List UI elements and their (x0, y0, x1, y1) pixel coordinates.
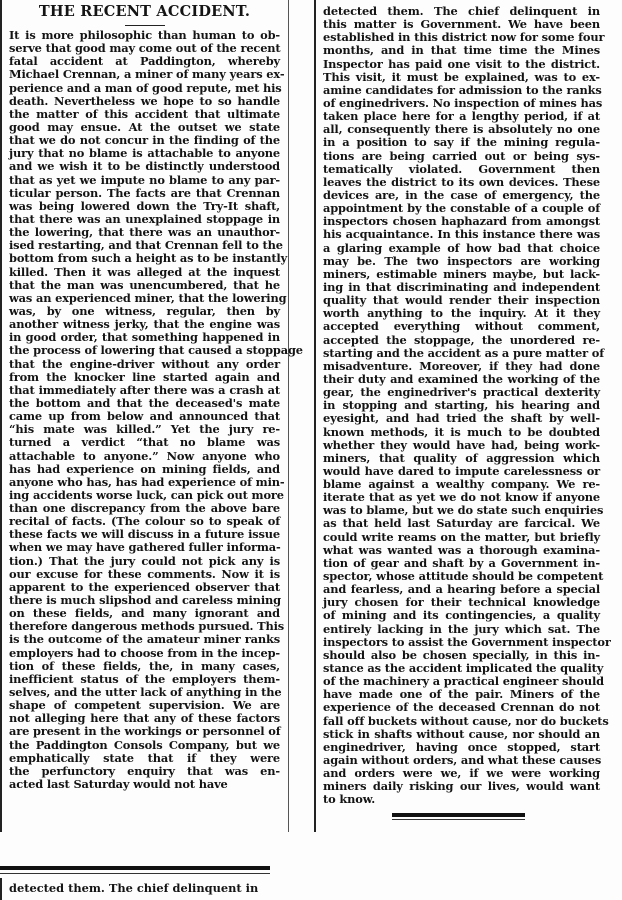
text-line: and we wish it to be distinctly understo… (9, 160, 280, 173)
text-line: are present in the workings or personnel… (9, 725, 280, 738)
text-line: acted last Saturday would not have (9, 778, 280, 791)
text-line: the matter of this accident that ultimat… (9, 108, 280, 121)
bottom-section-rule (0, 866, 270, 874)
text-line: Inspector has paid one visit to the dist… (323, 58, 600, 71)
text-line: a glaring example of how bad that choice (323, 242, 600, 255)
text-line: fall off buckets without cause, nor do b… (323, 715, 600, 728)
text-line: misadventure. Moreover, if they had done (323, 360, 600, 373)
text-line: tion.) That the jury could not pick any … (9, 555, 280, 568)
text-line: as that held last Saturday are farcical.… (323, 517, 600, 530)
article-column-left: THE RECENT ACCIDENT. It is more philosop… (0, 0, 289, 832)
text-line: leaves the district to its own devices. … (323, 176, 600, 189)
text-line: could write reams on the matter, but bri… (323, 531, 600, 544)
text-line: stick in shafts without cause, nor shoul… (323, 728, 600, 741)
text-line: that as yet we impute no blame to any pa… (9, 174, 280, 187)
text-line: inspectors to assist the Government insp… (323, 636, 600, 649)
text-line: attachable to anyone.” Now anyone who (9, 450, 280, 463)
text-line: our excuse for these comments. Now it is (9, 568, 280, 581)
text-line: tions are being carried out or being sys… (323, 150, 600, 163)
text-line: Michael Crennan, a miner of many years e… (9, 68, 280, 81)
text-line: what was wanted was a thorough examina- (323, 544, 600, 557)
text-line: whether they would have had, being work- (323, 439, 600, 452)
article-end-rule (392, 813, 525, 820)
text-line: that immediately after there was a crash… (9, 384, 280, 397)
text-line: bottom from such a height as to be insta… (9, 252, 280, 265)
text-line: is the outcome of the amateur miner rank… (9, 633, 280, 646)
text-line: has had experience on mining fields, and (9, 463, 280, 476)
text-line: the Paddington Consols Company, but we (9, 739, 280, 752)
article-column-right: detected them. The chief delinquent inth… (314, 0, 606, 832)
text-line: tematically violated. Government then (323, 163, 600, 176)
text-line: perience and a man of good repute, met h… (9, 82, 280, 95)
text-line: eyesight, and had tried the shaft by wel… (323, 412, 600, 425)
text-line: the process of lowering that caused a st… (9, 344, 280, 357)
text-line: from the knocker line started again and (9, 371, 280, 384)
text-line: starting and the accident as a pure matt… (323, 347, 600, 360)
bottom-text-snippet: detected them. The chief delinquent in (0, 878, 289, 900)
text-line: entirely lacking in the jury which sat. … (323, 623, 600, 636)
title-rule (125, 25, 165, 26)
text-line: months, and in that time time the Mines (323, 44, 600, 57)
text-line: to know. (323, 793, 600, 806)
text-line: detected them. The chief delinquent in (9, 882, 281, 895)
article-title: THE RECENT ACCIDENT. (9, 3, 280, 21)
text-line: tion of these fields, the, in many cases… (9, 660, 280, 673)
text-line: accepted the stoppage, the unordered re- (323, 334, 600, 347)
text-line: his acquaintance. In this instance there… (323, 228, 600, 241)
text-line: that the engine-driver without any order (9, 358, 280, 371)
text-line: that the man was unencumbered, that he (9, 279, 280, 292)
right-column-text: detected them. The chief delinquent inth… (323, 5, 600, 807)
text-line: of mining and its contingencies, a quali… (323, 609, 600, 622)
text-line: This visit, it must be explained, was to… (323, 71, 600, 84)
text-line: when we may have gathered fuller informa… (9, 541, 280, 554)
text-line: employers had to choose from in the ince… (9, 647, 280, 660)
text-line: miners, that quality of aggression which (323, 452, 600, 465)
text-line: death. Nevertheless we hope to so handle (9, 95, 280, 108)
text-line: was an experienced miner, that the lower… (9, 292, 280, 305)
text-line: miners, estimable miners maybe, but lack… (323, 268, 600, 281)
text-line: in a position to say if the mining regul… (323, 136, 600, 149)
text-line: known methods, it is much to be doubted (323, 426, 600, 439)
text-line: amine candidates for admission to the ra… (323, 84, 600, 97)
text-line: accepted everything without comment, (323, 320, 600, 333)
text-line: emphatically state that if they were (9, 752, 280, 765)
text-line: ticular person. The facts are that Crenn… (9, 187, 280, 200)
text-line: anyone who has, has had experience of mi… (9, 476, 280, 489)
text-line: was being lowered down the Try-It shaft, (9, 200, 280, 213)
text-line: killed. Then it was alleged at the inque… (9, 266, 280, 279)
text-line: may be. The two inspectors are working (323, 255, 600, 268)
text-line: experience of the deceased Crennan do no… (323, 701, 600, 714)
text-line: turned a verdict “that no blame was (9, 436, 280, 449)
left-column-text: It is more philosophic than human to ob-… (9, 29, 280, 791)
